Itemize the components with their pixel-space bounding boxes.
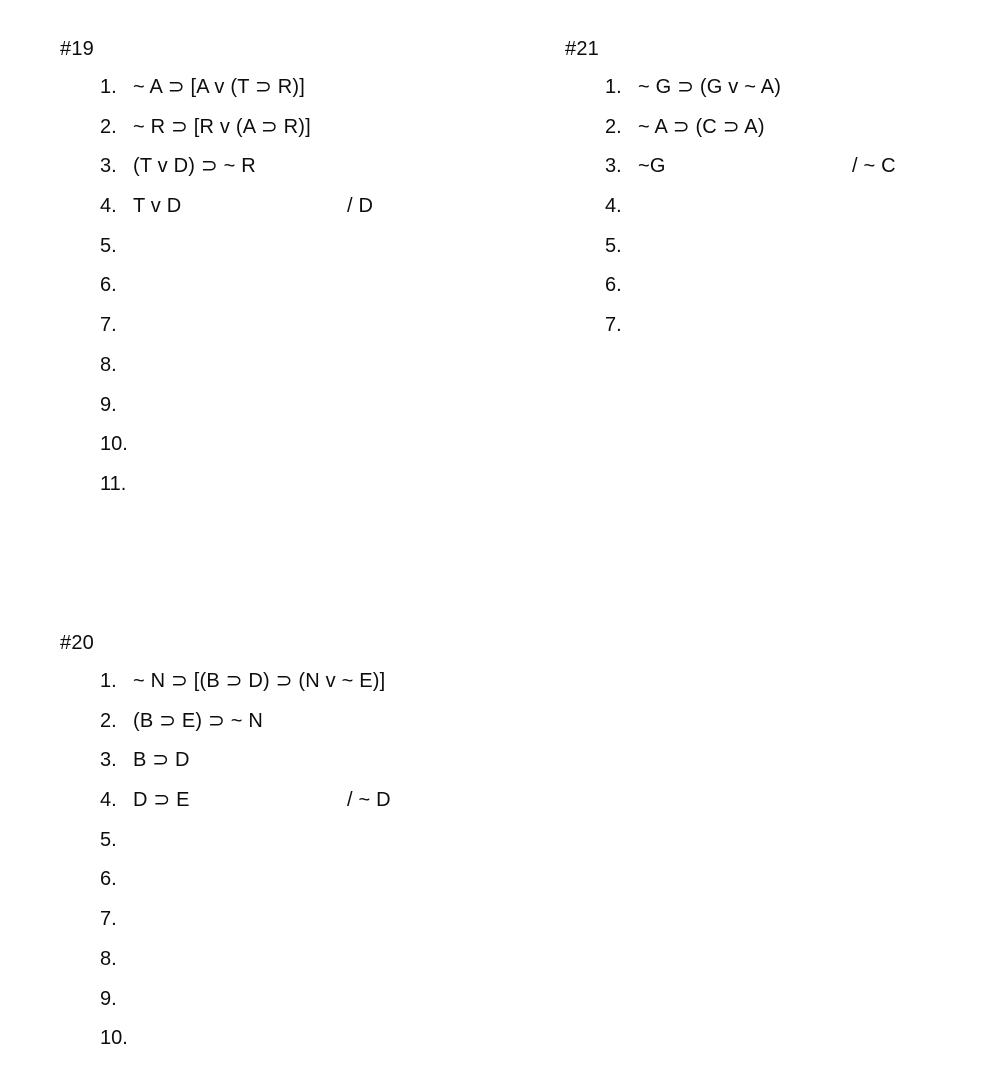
problem-20-title: #20 [60,630,530,656]
line-number: 7. [605,306,638,346]
proof-line: 3.(T v D) ⊃ ~ R [60,147,530,187]
conclusion: / ~ D [347,781,391,821]
line-number: 6. [100,266,133,306]
proof-line: 4.T v D/ D [60,187,530,227]
line-number: 8. [100,346,133,386]
proof-line: 2.~ R ⊃ [R v (A ⊃ R)] [60,108,530,148]
proof-line: 2.~ A ⊃ (C ⊃ A) [565,108,985,148]
proof-line: 3.~G/ ~ C [565,147,985,187]
line-number: 9. [100,386,133,426]
proof-line: 5. [60,821,530,861]
formula: (B ⊃ E) ⊃ ~ N [133,710,263,732]
line-number: 4. [605,187,638,227]
formula: ~ R ⊃ [R v (A ⊃ R)] [133,116,311,138]
problem-21-title: #21 [565,36,985,62]
formula: ~ A ⊃ (C ⊃ A) [638,116,765,138]
line-number: 1. [605,68,638,108]
proof-line: 7. [60,900,530,940]
line-number: 5. [100,227,133,267]
formula: (T v D) ⊃ ~ R [133,155,256,177]
line-number: 6. [605,266,638,306]
line-number: 10. [100,1019,133,1059]
line-number: 7. [100,900,133,940]
line-number: 10. [100,425,133,465]
line-number: 4. [100,187,133,227]
formula: ~ G ⊃ (G v ~ A) [638,76,781,98]
line-number: 3. [100,741,133,781]
proof-line: 6. [60,266,530,306]
line-number: 2. [100,702,133,742]
formula: ~ N ⊃ [(B ⊃ D) ⊃ (N v ~ E)] [133,670,385,692]
line-number: 3. [605,147,638,187]
document-page: #19 1.~ A ⊃ [A v (T ⊃ R)]2.~ R ⊃ [R v (A… [0,0,996,1089]
proof-line: 6. [565,266,985,306]
line-number: 8. [100,940,133,980]
proof-line: 8. [60,346,530,386]
problem-20-proof-lines: 1.~ N ⊃ [(B ⊃ D) ⊃ (N v ~ E)]2.(B ⊃ E) ⊃… [60,662,530,1059]
proof-line: 6. [60,860,530,900]
line-number: 5. [605,227,638,267]
proof-line: 4.D ⊃ E/ ~ D [60,781,530,821]
problem-21-proof-lines: 1.~ G ⊃ (G v ~ A)2.~ A ⊃ (C ⊃ A)3.~G/ ~ … [565,68,985,346]
proof-line: 5. [60,227,530,267]
problem-20: #20 1.~ N ⊃ [(B ⊃ D) ⊃ (N v ~ E)]2.(B ⊃ … [60,630,530,1059]
proof-line: 7. [60,306,530,346]
line-number: 6. [100,860,133,900]
proof-line: 10. [60,1019,530,1059]
line-number: 11. [100,465,133,505]
line-number: 7. [100,306,133,346]
proof-line: 9. [60,980,530,1020]
formula: D ⊃ E [133,789,190,811]
problem-19-title: #19 [60,36,530,62]
line-number: 5. [100,821,133,861]
proof-line: 11. [60,465,530,505]
conclusion: / D [347,187,373,227]
proof-line: 1.~ G ⊃ (G v ~ A) [565,68,985,108]
line-number: 4. [100,781,133,821]
problem-21: #21 1.~ G ⊃ (G v ~ A)2.~ A ⊃ (C ⊃ A)3.~G… [565,36,985,346]
proof-line: 5. [565,227,985,267]
proof-line: 4. [565,187,985,227]
proof-line: 1.~ A ⊃ [A v (T ⊃ R)] [60,68,530,108]
problem-19-proof-lines: 1.~ A ⊃ [A v (T ⊃ R)]2.~ R ⊃ [R v (A ⊃ R… [60,68,530,505]
formula: T v D [133,195,181,217]
proof-line: 7. [565,306,985,346]
proof-line: 1.~ N ⊃ [(B ⊃ D) ⊃ (N v ~ E)] [60,662,530,702]
proof-line: 2.(B ⊃ E) ⊃ ~ N [60,702,530,742]
proof-line: 9. [60,386,530,426]
conclusion: / ~ C [852,147,896,187]
line-number: 2. [605,108,638,148]
formula: ~G [638,155,666,177]
line-number: 2. [100,108,133,148]
formula: ~ A ⊃ [A v (T ⊃ R)] [133,76,305,98]
proof-line: 8. [60,940,530,980]
line-number: 3. [100,147,133,187]
line-number: 9. [100,980,133,1020]
problem-19: #19 1.~ A ⊃ [A v (T ⊃ R)]2.~ R ⊃ [R v (A… [60,36,530,505]
formula: B ⊃ D [133,749,190,771]
proof-line: 10. [60,425,530,465]
line-number: 1. [100,68,133,108]
proof-line: 3.B ⊃ D [60,741,530,781]
line-number: 1. [100,662,133,702]
